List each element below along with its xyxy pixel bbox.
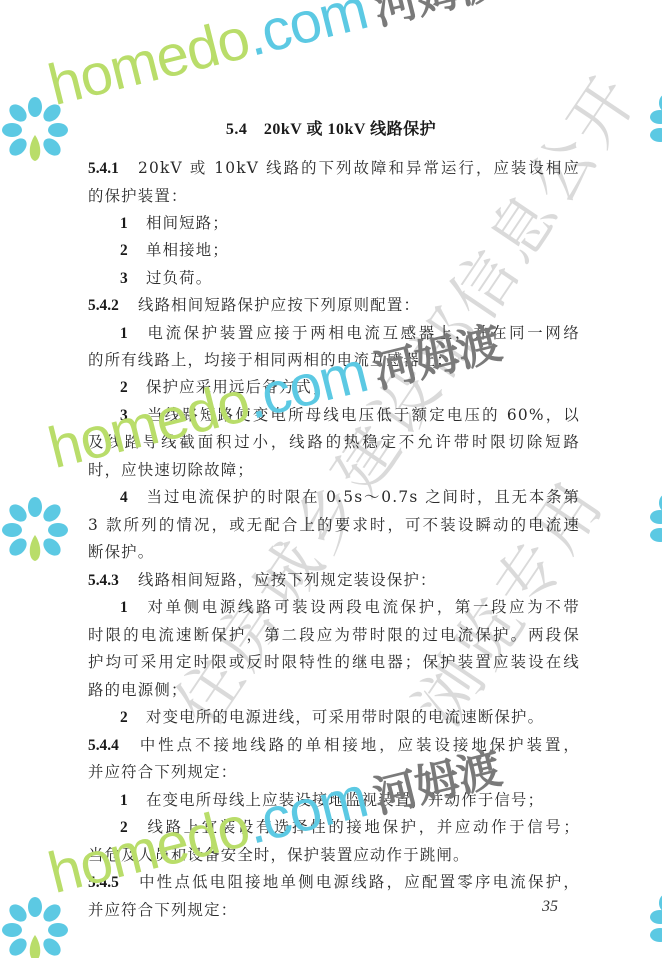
line-text: 路的电源侧； xyxy=(88,681,188,699)
line-text: 单相接地； xyxy=(146,241,229,259)
line-text: 时限的电流速断保护，第二段应为带时限的过电流保护。两段保 xyxy=(88,626,580,644)
section-title: 5.4 20kV 或 10kV 线路保护 xyxy=(0,116,662,139)
continuation-line: 时限的电流速断保护，第二段应为带时限的过电流保护。两段保 xyxy=(88,625,580,647)
line-text: 并应符合下列规定： xyxy=(88,901,237,919)
continuation-line: 时，应快速切除故障； xyxy=(88,460,580,482)
item-number: 2 xyxy=(120,241,146,261)
list-item-line: 3过负荷。 xyxy=(88,268,580,290)
continuation-line: 并应符合下列规定： xyxy=(88,900,580,922)
line-text: 中性点不接地线路的单相接地，应装设接地保护装置， xyxy=(138,736,580,754)
flower-logo-icon xyxy=(648,95,662,165)
line-text: 线路相间短路，应按下列规定装设保护： xyxy=(138,571,437,589)
line-text: 护均可采用定时限或反时限特性的继电器；保护装置应装设在线 xyxy=(88,653,580,671)
item-number: 1 xyxy=(120,214,146,234)
line-text: 当过电流保护的时限在 0.5s～0.7s 之间时，且无本条第 xyxy=(146,488,580,506)
clause-number: 5.4.1 xyxy=(88,159,138,179)
list-item-line: 2保护应采用远后备方式； xyxy=(88,377,580,399)
list-item-line: 1电流保护装置应接于两相电流互感器上，并在同一网络 xyxy=(88,323,580,345)
item-number: 2 xyxy=(120,818,146,838)
line-text: 断保护。 xyxy=(88,543,154,561)
continuation-line: 护均可采用定时限或反时限特性的继电器；保护装置应装设在线 xyxy=(88,652,580,674)
document-page: 住房城乡建设部信息公开 浏览专用 5.4 20kV 或 10kV 线路保护 5.… xyxy=(0,0,662,958)
page-number: 35 xyxy=(542,898,558,916)
clause-line: 5.4.120kV 或 10kV 线路的下列故障和异常运行，应装设相应 xyxy=(88,158,580,180)
clause-number: 5.4.5 xyxy=(88,873,138,893)
line-text: 保护应采用远后备方式； xyxy=(146,378,329,396)
watermark-brand-top: homedo.com河姆渡 xyxy=(42,0,507,119)
line-text: 的所有线路上，均接于相同两相的电流互感器上； xyxy=(88,351,453,369)
flower-logo-icon xyxy=(0,95,70,165)
line-text: 过负荷。 xyxy=(146,269,212,287)
clause-number: 5.4.4 xyxy=(88,736,138,756)
line-text: 并应符合下列规定： xyxy=(88,763,237,781)
clause-number: 5.4.2 xyxy=(88,296,138,316)
item-number: 1 xyxy=(120,598,146,618)
line-text: 线路相间短路保护应按下列原则配置： xyxy=(138,296,420,314)
continuation-line: 路的电源侧； xyxy=(88,680,580,702)
flower-logo-icon xyxy=(648,495,662,565)
item-number: 2 xyxy=(120,708,146,728)
list-item-line: 4当过电流保护的时限在 0.5s～0.7s 之间时，且无本条第 xyxy=(88,487,580,509)
list-item-line: 2对变电所的电源进线，可采用带时限的电流速断保护。 xyxy=(88,707,580,729)
line-text: 对单侧电源线路可装设两段电流保护，第一段应为不带 xyxy=(146,598,580,616)
continuation-line: 的所有线路上，均接于相同两相的电流互感器上； xyxy=(88,350,580,372)
item-number: 4 xyxy=(120,488,146,508)
line-text: 中性点低电阻接地单侧电源线路，应配置零序电流保护， xyxy=(138,873,580,891)
item-number: 3 xyxy=(120,269,146,289)
list-item-line: 1相间短路； xyxy=(88,213,580,235)
list-item-line: 2单相接地； xyxy=(88,240,580,262)
line-text: 相间短路； xyxy=(146,214,229,232)
clause-number: 5.4.3 xyxy=(88,571,138,591)
flower-logo-icon xyxy=(0,895,70,958)
clause-line: 5.4.2线路相间短路保护应按下列原则配置： xyxy=(88,295,580,317)
line-text: 当危及人员和设备安全时，保护装置应动作于跳闸。 xyxy=(88,846,470,864)
line-text: 的保护装置： xyxy=(88,187,188,205)
list-item-line: 1对单侧电源线路可装设两段电流保护，第一段应为不带 xyxy=(88,597,580,619)
list-item-line: 2线路上宜装设有选择性的接地保护，并应动作于信号； xyxy=(88,817,580,839)
clause-line: 5.4.4中性点不接地线路的单相接地，应装设接地保护装置， xyxy=(88,735,580,757)
line-text: 时，应快速切除故障； xyxy=(88,461,254,479)
item-number: 3 xyxy=(120,406,146,426)
continuation-line: 当危及人员和设备安全时，保护装置应动作于跳闸。 xyxy=(88,845,580,867)
line-text: 在变电所母线上应装设接地监视装置，并动作于信号； xyxy=(146,791,544,809)
line-text: 对变电所的电源进线，可采用带时限的电流速断保护。 xyxy=(146,708,544,726)
continuation-line: 的保护装置： xyxy=(88,186,580,208)
item-number: 2 xyxy=(120,378,146,398)
line-text: 电流保护装置应接于两相电流互感器上，并在同一网络 xyxy=(146,324,580,342)
continuation-line: 并应符合下列规定： xyxy=(88,762,580,784)
clause-line: 5.4.3线路相间短路，应按下列规定装设保护： xyxy=(88,570,580,592)
line-text: 3 款所列的情况，或无配合上的要求时，可不装设瞬动的电流速 xyxy=(88,516,580,534)
list-item-line: 3当线路短路使变电所母线电压低于额定电压的 60%，以 xyxy=(88,405,580,427)
list-item-line: 1在变电所母线上应装设接地监视装置，并动作于信号； xyxy=(88,790,580,812)
continuation-line: 3 款所列的情况，或无配合上的要求时，可不装设瞬动的电流速 xyxy=(88,515,580,537)
continuation-line: 断保护。 xyxy=(88,542,580,564)
item-number: 1 xyxy=(120,324,146,344)
item-number: 1 xyxy=(120,791,146,811)
flower-logo-icon xyxy=(648,895,662,958)
continuation-line: 及线路导线截面积过小，线路的热稳定不允许带时限切除短路 xyxy=(88,432,580,454)
line-text: 当线路短路使变电所母线电压低于额定电压的 60%，以 xyxy=(146,406,580,424)
clause-line: 5.4.5中性点低电阻接地单侧电源线路，应配置零序电流保护， xyxy=(88,872,580,894)
line-text: 及线路导线截面积过小，线路的热稳定不允许带时限切除短路 xyxy=(88,433,580,451)
flower-logo-icon xyxy=(0,495,70,565)
line-text: 20kV 或 10kV 线路的下列故障和异常运行，应装设相应 xyxy=(138,159,580,177)
line-text: 线路上宜装设有选择性的接地保护，并应动作于信号； xyxy=(146,818,580,836)
